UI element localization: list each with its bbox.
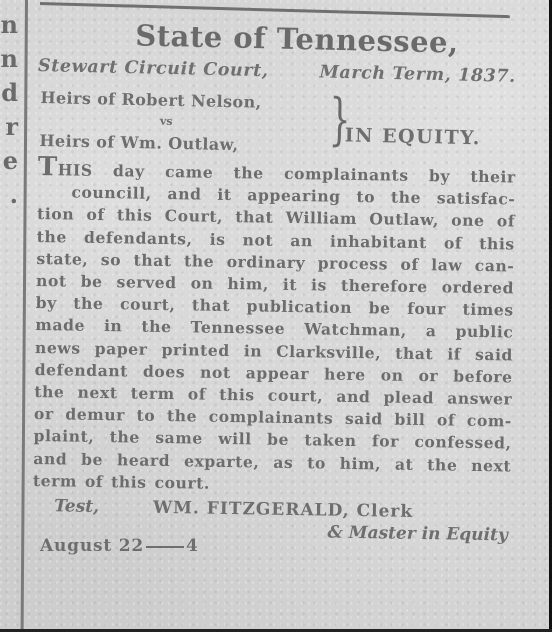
fragment: r (0, 110, 20, 144)
plaintiff: Heirs of Robert Nelson, (40, 88, 262, 112)
fragment: d (0, 76, 20, 110)
legal-notice: State of Tennessee, Stewart Circuit Cour… (38, 22, 516, 556)
fragment: n (0, 8, 20, 42)
dash-rule (146, 546, 184, 548)
notice-body: THIS day came the complainants by their … (33, 158, 516, 500)
fragment: n (0, 42, 20, 76)
case-parties: Heirs of Robert Nelson, vs Heirs of Wm. … (37, 80, 516, 166)
test-label: Test, (54, 496, 99, 517)
defendant: Heirs of Wm. Outlaw, (39, 131, 238, 154)
signature-block: Test, WM. FITZGERALD, Clerk & Master in … (38, 496, 517, 546)
column-rule (21, 0, 28, 632)
fragment: e (0, 144, 20, 178)
adjacent-column-fragments: n n d r e . (0, 8, 20, 212)
newspaper-page: n n d r e . State of Tennessee, Stewart … (0, 0, 549, 629)
notice-title: State of Tennessee, (78, 17, 517, 61)
clerk-name: WM. FITZGERALD, Clerk (153, 498, 413, 522)
drop-cap: T (38, 152, 58, 182)
fragment: . (0, 178, 20, 212)
top-rule (40, 2, 510, 18)
jurisdiction: IN EQUITY. (344, 124, 481, 149)
court-term: March Term, 1837. (319, 62, 516, 86)
court-name: Stewart Circuit Court, (38, 56, 269, 81)
versus: vs (160, 115, 173, 128)
